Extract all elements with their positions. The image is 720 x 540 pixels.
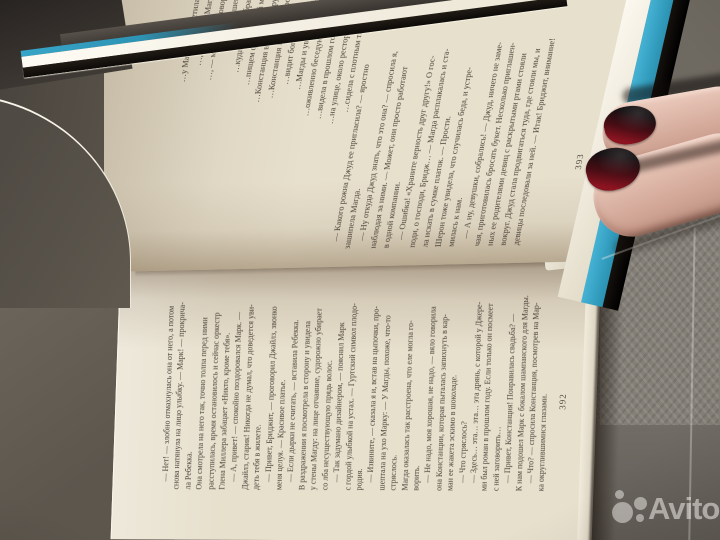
avito-logo-dot-icon xyxy=(615,490,624,499)
page-392: — Нет! — злобно отмахнулась она от него,… xyxy=(111,259,602,540)
avito-logo-dot-icon xyxy=(636,514,644,522)
page-392-text: — Нет! — злобно отмахнулась она от него,… xyxy=(112,259,602,540)
avito-wordmark: Avito xyxy=(648,491,719,527)
avito-logo-dot-icon xyxy=(612,502,633,523)
avito-watermark: Avito xyxy=(592,483,720,539)
avito-logo-dot-icon xyxy=(634,497,647,510)
photo-frame: — Нет! — злобно отмахнулась она от него,… xyxy=(0,0,720,540)
